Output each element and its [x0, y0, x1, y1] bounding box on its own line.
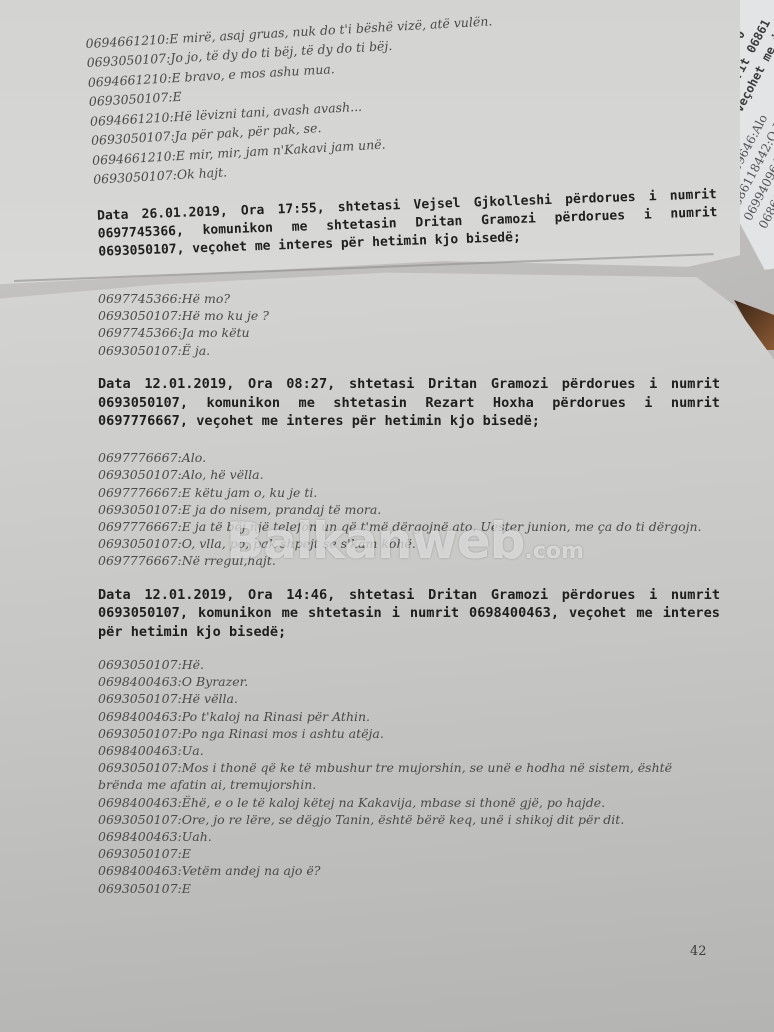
dialog-line: 0697776667:E këtu jam o, ku je ti. [98, 484, 720, 501]
dialog-line: 0693050107:Hë vëlla. [98, 690, 720, 707]
dialog-line: 0698400463:Ëhë, e o le të kaloj këtej na… [98, 794, 720, 811]
dialog-line: 0698400463:Vetëm andej na ajo ë? [98, 862, 720, 879]
upper-page-content: . 0694661210:E mirë, asaj gruas, nuk do … [86, 0, 739, 261]
dialog-line: 0693050107:Mos i thonë që ke të mbushur … [98, 759, 720, 793]
dialog-line: 0693050107:Hë mo ku je ? [98, 307, 720, 324]
dialog-line: 0693050107:Ë ja. [98, 342, 720, 359]
main-page-content: 0697745366:Hë mo? 0693050107:Hë mo ku je… [98, 290, 720, 913]
dialog-line: 0698400463:Uah. [98, 828, 720, 845]
dialog-line: 0697745366:Ja mo këtu [98, 324, 720, 341]
conversation-heading: Data 12.01.2019, Ora 08:27, shtetasi Dri… [98, 375, 720, 431]
dialog-line: 0693050107:Po nga Rinasi mos i ashtu atë… [98, 725, 720, 742]
watermark-main: Balkanweb [226, 512, 524, 570]
conversation-block: 0697745366:Hë mo? 0693050107:Hë mo ku je… [98, 290, 720, 359]
dialog-line: 0697776667:Alo. [98, 449, 720, 466]
dialog-line: 0698400463:Po t'kaloj na Rinasi për Athi… [98, 708, 720, 725]
dialog-line: 0693050107:E [98, 845, 720, 862]
dialog-line: 0693050107:Ore, jo re lëre, se dëgjo Tan… [98, 811, 720, 828]
conversation-block: Data 12.01.2019, Ora 14:46, shtetasi Dri… [98, 586, 720, 897]
dialog-line: 0697745366:Hë mo? [98, 290, 720, 307]
watermark: Balkanweb.com [226, 516, 584, 577]
page-number: 42 [690, 944, 707, 959]
dialog-line: 0693050107:E [98, 880, 720, 897]
watermark-suffix: .com [524, 539, 583, 564]
dialog-line: 0693050107:Alo, hë vëlla. [98, 466, 720, 483]
conversation-heading: Data 12.01.2019, Ora 14:46, shtetasi Dri… [98, 586, 720, 642]
dialog-line: 0698400463:O Byrazer. [98, 673, 720, 690]
dialog-line: 0693050107:Hë. [98, 656, 720, 673]
dialog-line: 0698400463:Ua. [98, 742, 720, 759]
